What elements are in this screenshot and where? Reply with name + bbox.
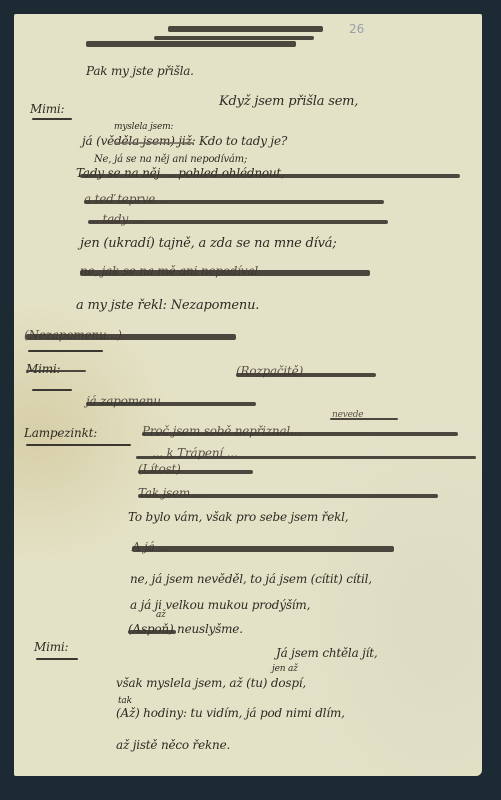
- insertion-text: tak: [118, 696, 132, 706]
- text-line: (Až) hodiny: tu vidím, já pod nimi dlím,: [116, 706, 345, 720]
- speaker-underline: [32, 118, 72, 120]
- text-line: však myslela jsem, až (tu) dospí,: [116, 676, 306, 690]
- text-line: já (věděla jsem) již: Kdo to tady je?: [82, 134, 287, 148]
- text-line: To bylo vám, však pro sebe jsem řekl,: [128, 510, 348, 524]
- text-line: Pak my jste přišla.: [86, 64, 194, 78]
- strike-mark: [168, 26, 323, 32]
- underline: [28, 350, 103, 352]
- speaker-label: Lampezinkt:: [24, 426, 97, 440]
- strike-mark: [142, 432, 458, 436]
- insertion-text: Ne, já se na něj ani nepodívám;: [94, 154, 247, 165]
- strike-mark: [84, 200, 384, 204]
- strike-mark: [26, 334, 236, 340]
- page-number: 26: [349, 22, 364, 36]
- speaker-underline: [32, 389, 72, 391]
- strike-mark: [132, 546, 394, 552]
- insertion-text: myslela jsem:: [114, 122, 173, 132]
- insertion-text: jen až: [272, 664, 298, 674]
- text-line: až jistě něco řekne.: [116, 738, 230, 752]
- speaker-label-struck: Mimi:: [26, 362, 60, 376]
- strike-mark: [154, 36, 314, 40]
- insertion-text: až: [156, 610, 166, 620]
- strike-mark: [26, 370, 86, 372]
- strike-mark: [330, 418, 398, 420]
- strike-mark: [236, 373, 376, 377]
- strike-mark: [138, 494, 438, 498]
- speaker-label: Mimi:: [34, 640, 68, 654]
- text-line: Když jsem přišla sem,: [219, 94, 358, 109]
- text-line: Já jsem chtěla jít,: [276, 646, 378, 660]
- strike-mark: [86, 41, 296, 47]
- speaker-underline: [26, 444, 131, 446]
- strike-mark: [80, 174, 460, 178]
- strike-mark: [136, 456, 476, 459]
- strike-mark: [86, 402, 256, 406]
- speaker-label: Mimi:: [30, 102, 64, 116]
- text-line: a my jste řekl: Nezapomenu.: [76, 298, 259, 313]
- manuscript-page: 26 Pak my jste přišla. Mimi: Když jsem p…: [14, 14, 482, 776]
- strike-mark: [88, 220, 388, 224]
- strike-mark: [80, 270, 370, 276]
- text-line: ne, já jsem nevěděl, to já jsem (cítit) …: [130, 572, 372, 586]
- speaker-underline: [36, 658, 78, 660]
- text-line: jen (ukradí) tajně, a zda se na mne dívá…: [80, 236, 337, 251]
- strike-mark: [114, 142, 194, 144]
- strike-mark: [128, 630, 176, 634]
- strike-mark: [138, 470, 253, 474]
